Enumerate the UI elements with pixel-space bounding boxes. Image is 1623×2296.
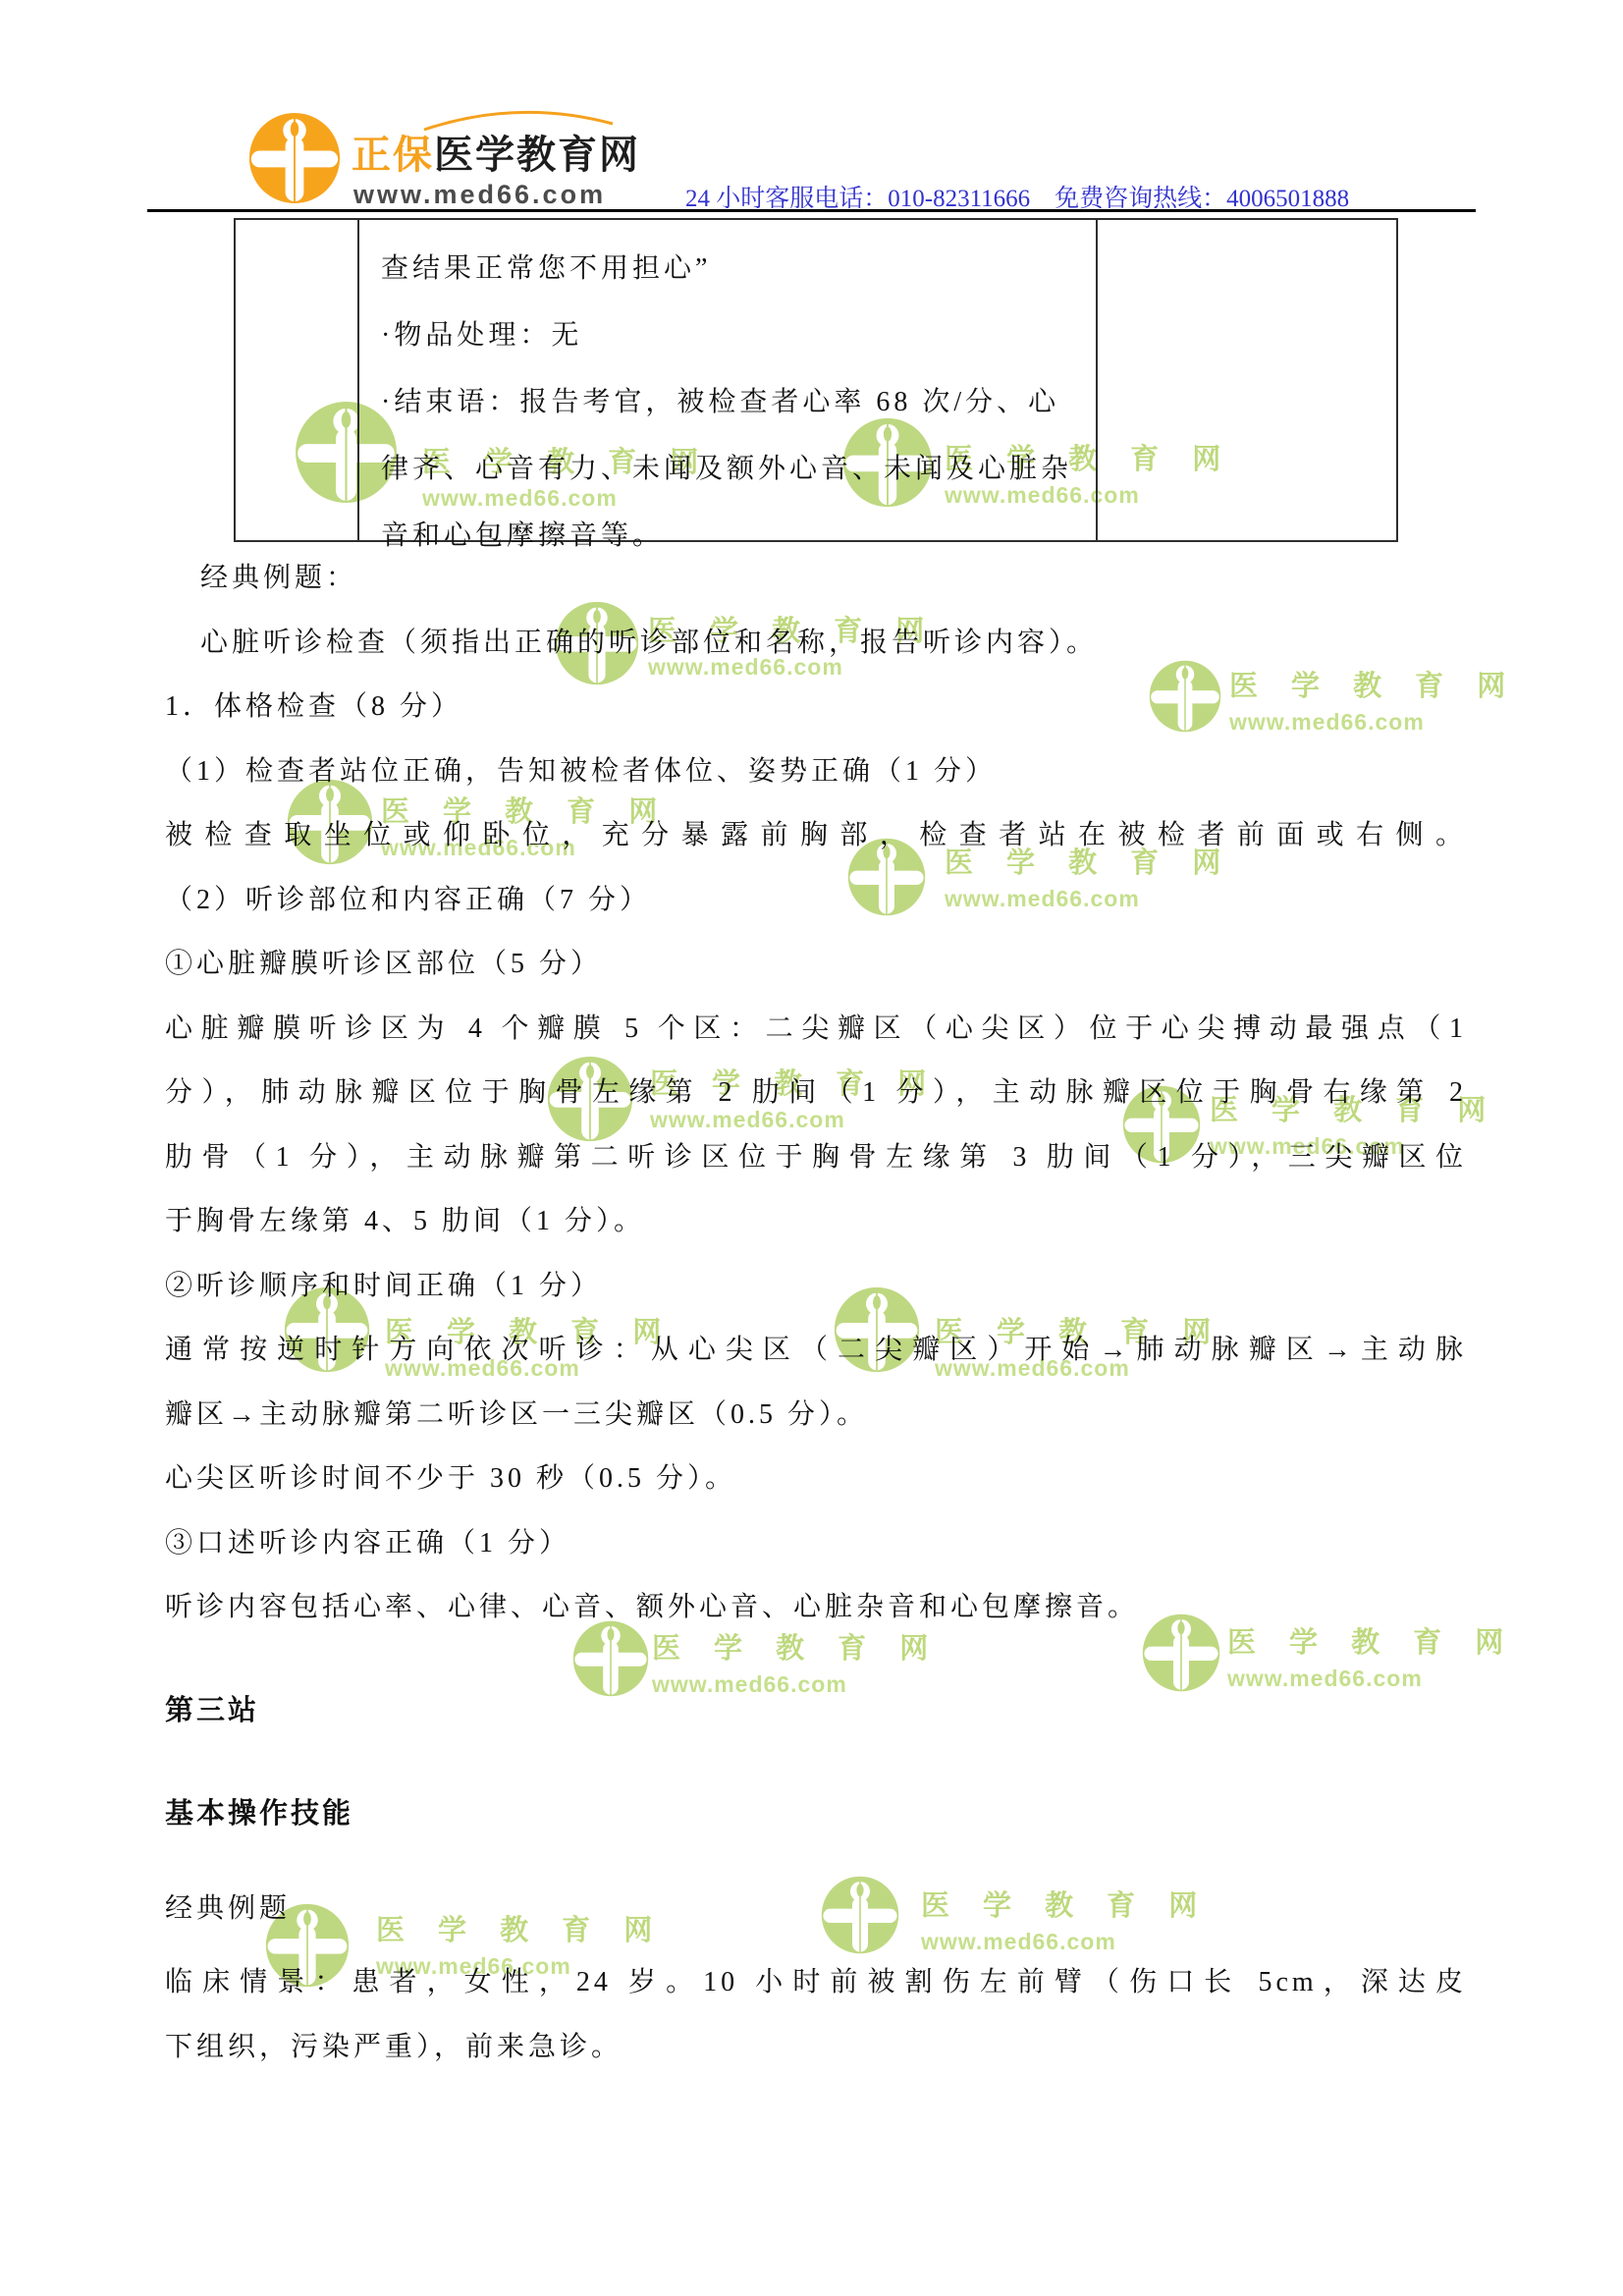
- paragraph-line: 心脏听诊检查（须指出正确的听诊部位和名称，报告听诊内容）。: [165, 611, 1467, 676]
- paragraph-line: 于胸骨左缘第 4、5 肋间（1 分）。: [165, 1189, 1467, 1254]
- brand-name-cn: 正保: [352, 134, 434, 177]
- body-content: 经典例题：心脏听诊检查（须指出正确的听诊部位和名称，报告听诊内容）。1．体格检查…: [165, 546, 1467, 2079]
- paragraph-line: 心脏瓣膜听诊区为 4 个瓣膜 5 个区：二尖瓣区（心尖区）位于心尖搏动最强点（1: [165, 997, 1467, 1062]
- paragraph-line: 听诊内容包括心率、心律、心音、额外心音、心脏杂音和心包摩擦音。: [165, 1575, 1467, 1640]
- paragraph-line: 临床情景：患者，女性，24 岁。10 小时前被割伤左前臂（伤口长 5cm，深达皮: [165, 1950, 1467, 2015]
- table-cell-line: ·物品处理：无: [381, 302, 1078, 369]
- paragraph-line: 经典例题: [165, 1877, 1467, 1941]
- paragraph-line: 经典例题：: [165, 546, 1467, 611]
- paragraph-line: 下组织，污染严重），前来急诊。: [165, 2015, 1467, 2080]
- brand-url: www.med66.com: [353, 180, 606, 210]
- table-column-border: [1096, 220, 1098, 540]
- paragraph-line: 分），肺动脉瓣区位于胸骨左缘第 2 肋间（1 分），主动脉瓣区位于胸骨右缘第 2: [165, 1061, 1467, 1125]
- paragraph-line: 1．体格检查（8 分）: [165, 675, 1467, 739]
- score-table: 查结果正常您不用担心”·物品处理：无·结束语：报告考官，被检查者心率 68 次/…: [234, 218, 1398, 542]
- section-heading: 基本操作技能: [165, 1782, 1467, 1847]
- paragraph-line: （2）听诊部位和内容正确（7 分）: [165, 868, 1467, 933]
- header-divider: [147, 209, 1476, 212]
- paragraph-line: 肋骨（1 分），主动脉瓣第二听诊区位于胸骨左缘第 3 肋间（1 分），三尖瓣区位: [165, 1125, 1467, 1190]
- brand-name-rest: 医学教育网: [434, 134, 640, 177]
- paragraph-line: ②听诊顺序和时间正确（1 分）: [165, 1254, 1467, 1319]
- brand-title: 正保医学教育网: [352, 124, 640, 180]
- table-cell-line: 查结果正常您不用担心”: [381, 236, 1078, 302]
- paragraph-line: （1）检查者站位正确，告知被检者体位、姿势正确（1 分）: [165, 739, 1467, 804]
- table-cell-line: 律齐、心音有力、未闻及额外心音、未闻及心脏杂: [381, 436, 1078, 503]
- paragraph-line: 心尖区听诊时间不少于 30 秒（0.5 分）。: [165, 1447, 1467, 1511]
- section-heading: 第三站: [165, 1679, 1467, 1744]
- med66-logo-icon: [248, 112, 341, 204]
- paragraph-line: 被检查取坐位或仰卧位，充分暴露前胸部，检查者站在被检者前面或右侧。: [165, 803, 1467, 868]
- table-main-cell: 查结果正常您不用担心”·物品处理：无·结束语：报告考官，被检查者心率 68 次/…: [381, 236, 1078, 570]
- document-page: 正保医学教育网 www.med66.com 24 小时客服电话：010-8231…: [0, 0, 1623, 2296]
- paragraph-line: 瓣区→主动脉瓣第二听诊区一三尖瓣区（0.5 分）。: [165, 1383, 1467, 1448]
- paragraph-line: ③口述听诊内容正确（1 分）: [165, 1511, 1467, 1576]
- paragraph-line: 通常按逆时针方向依次听诊：从心尖区（二尖瓣区）开始→肺动脉瓣区→主动脉: [165, 1318, 1467, 1383]
- table-column-border: [357, 220, 359, 540]
- table-cell-line: ·结束语：报告考官，被检查者心率 68 次/分、心: [381, 369, 1078, 436]
- paragraph-line: ①心脏瓣膜听诊区部位（5 分）: [165, 932, 1467, 997]
